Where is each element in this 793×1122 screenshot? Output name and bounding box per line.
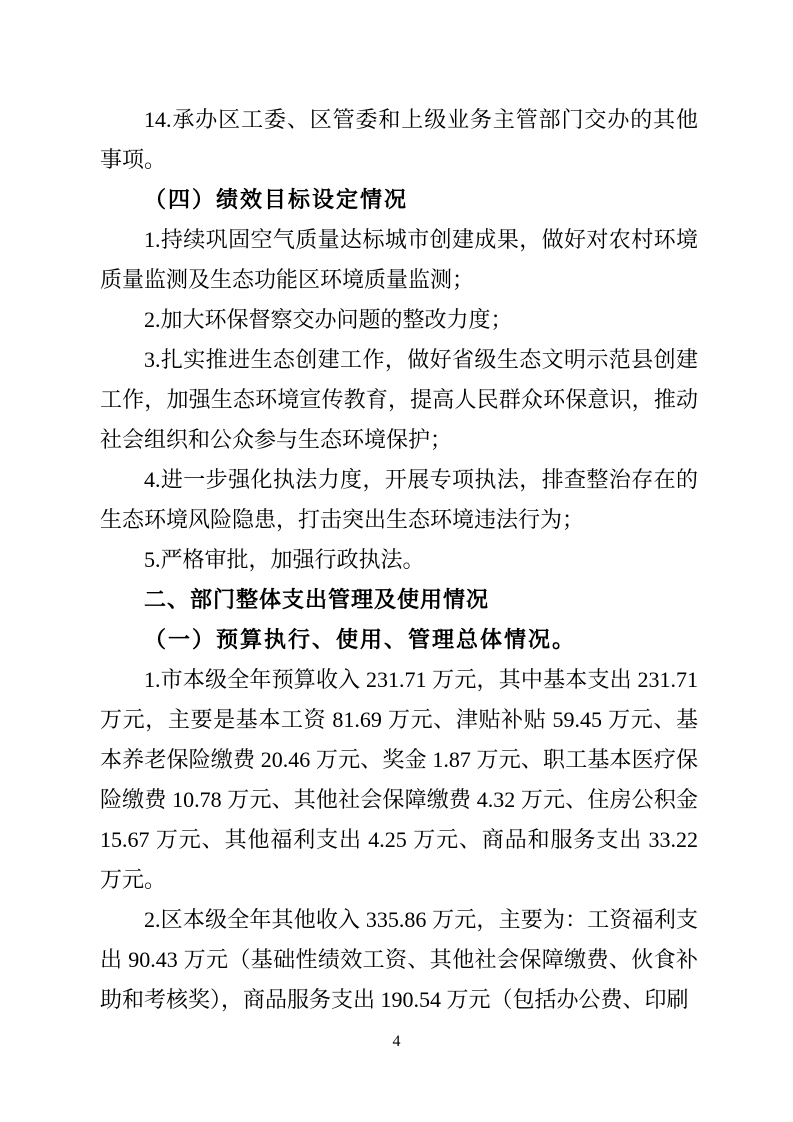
- heading-budget-execution-overview: （一）预算执行、使用、管理总体情况。: [100, 620, 698, 660]
- paragraph-district-level-income: 2.区本级全年其他收入 335.86 万元，主要为：工资福利支出 90.43 万…: [100, 900, 698, 1020]
- paragraph-duty-14: 14.承办区工委、区管委和上级业务主管部门交办的其他事项。: [100, 100, 698, 180]
- paragraph-goal-3: 3.扎实推进生态创建工作，做好省级生态文明示范县创建工作，加强生态环境宣传教育，…: [100, 340, 698, 460]
- paragraph-city-level-budget: 1.市本级全年预算收入 231.71 万元，其中基本支出 231.71 万元，主…: [100, 660, 698, 900]
- document-body: 14.承办区工委、区管委和上级业务主管部门交办的其他事项。 （四）绩效目标设定情…: [100, 100, 698, 1020]
- paragraph-goal-5: 5.严格审批，加强行政执法。: [100, 540, 698, 580]
- paragraph-goal-4: 4.进一步强化执法力度，开展专项执法，排查整治存在的生态环境风险隐患，打击突出生…: [100, 460, 698, 540]
- heading-section-2-expenditure-management: 二、部门整体支出管理及使用情况: [100, 580, 698, 620]
- heading-performance-goal-setting: （四）绩效目标设定情况: [100, 180, 698, 220]
- page-number: 4: [0, 1032, 793, 1052]
- document-page: 14.承办区工委、区管委和上级业务主管部门交办的其他事项。 （四）绩效目标设定情…: [0, 0, 793, 1122]
- paragraph-goal-2: 2.加大环保督察交办问题的整改力度；: [100, 300, 698, 340]
- paragraph-goal-1: 1.持续巩固空气质量达标城市创建成果，做好对农村环境质量监测及生态功能区环境质量…: [100, 220, 698, 300]
